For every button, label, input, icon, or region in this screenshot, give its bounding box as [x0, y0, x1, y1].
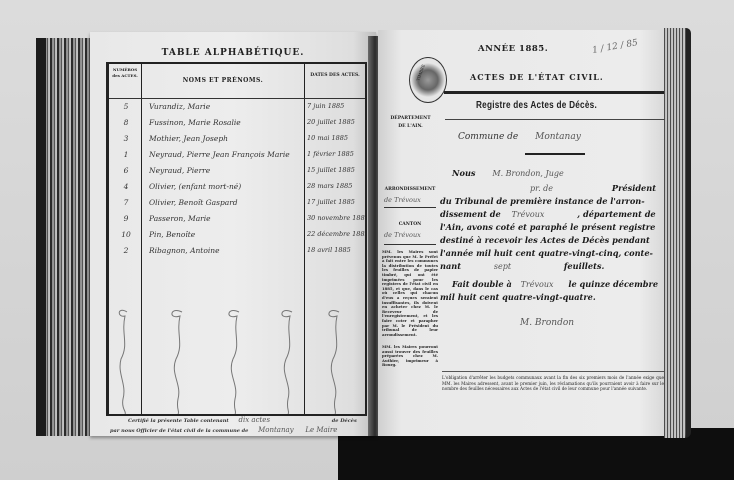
- side-note-prefect: MM. les Maires sont prévenus que M. le P…: [382, 250, 438, 337]
- arrondissement-handwritten: de Trévoux: [384, 196, 421, 204]
- header-dates: DATES DES ACTES.: [306, 73, 364, 78]
- divider: [384, 244, 436, 245]
- budget-obligation-note: L'obligation d'arrêter les budgets commu…: [442, 375, 664, 392]
- table-row: 8Fussinon, Marie Rosalie20 juillet 1885: [109, 118, 365, 134]
- canton-handwritten: de Trévoux: [384, 231, 421, 239]
- body-line: l'année mil huit cent quatre-vingt-cinq,…: [440, 248, 662, 258]
- cert-text: Certifié la présente Table contenant: [128, 418, 229, 424]
- table-row: 1Neyraud, Pierre Jean François Marie1 fé…: [109, 150, 365, 166]
- cert-commune-handwritten: Montanay: [258, 426, 294, 434]
- void-strike-mark: [115, 304, 135, 414]
- cert-count-handwritten: dix actes: [239, 416, 271, 424]
- header-names: NOMS ET PRÉNOMS.: [143, 77, 303, 84]
- divider: [442, 371, 664, 372]
- table-row: 9Passeron, Marie30 novembre 1885: [109, 214, 365, 230]
- book-page-edges-left: [36, 38, 96, 436]
- body-line: Nous M. Brondon, Juge: [452, 168, 674, 178]
- register-title: Registre des Actes de Décès.: [476, 100, 597, 111]
- civil-acts-heading: ACTES DE L'ÉTAT CIVIL.: [470, 72, 604, 82]
- body-line: mil huit cent quatre-vingt-quatre.: [440, 292, 662, 302]
- body-line: dissement de Trévoux , département de: [440, 209, 662, 219]
- table-row: 5Vurandiz, Marie7 juin 1885: [109, 102, 365, 118]
- divider: [444, 91, 664, 94]
- cert-text: par nous Officier de l'état civil de la …: [110, 428, 248, 434]
- body-line: l'Ain, avons coté et paraphé le présent …: [440, 222, 662, 232]
- table-row: 2Ribagnon, Antoine18 avril 1885: [109, 246, 365, 262]
- arrondissement-label: ARRONDISSEMENT: [382, 187, 438, 192]
- body-line: destiné à recevoir les Actes de Décès pe…: [440, 235, 662, 245]
- body-line: Fait double à Trévoux le quinze décembre: [452, 279, 674, 289]
- canton-label: CANTON: [382, 222, 438, 227]
- left-page: TABLE ALPHABÉTIQUE. NUMÉROS des ACTES. N…: [90, 32, 376, 436]
- table-header: NUMÉROS des ACTES. NOMS ET PRÉNOMS. DATE…: [109, 64, 365, 99]
- body-line: du Tribunal de première instance de l'ar…: [440, 196, 662, 206]
- department-label: DÉPARTEMENT DE L'AIN.: [383, 115, 438, 131]
- body-line: pr. de Président: [440, 183, 662, 193]
- year-heading: ANNÉE 1885.: [478, 44, 548, 54]
- judge-handwritten: M. Brondon, Juge: [492, 169, 563, 178]
- divider: [445, 119, 665, 120]
- header-numbers: NUMÉROS des ACTES.: [109, 67, 141, 79]
- void-strike-mark: [274, 304, 298, 414]
- president-signature: M. Brondon: [520, 318, 574, 328]
- table-row: 4Olivier, (enfant mort-né)28 mars 1885: [109, 182, 365, 198]
- cert-text: de Décès: [332, 418, 357, 424]
- void-strike-mark: [164, 304, 188, 414]
- book-page-edges-right: [664, 28, 691, 438]
- table-row: 7Olivier, Benoît Gaspard17 juillet 1885: [109, 198, 365, 214]
- table-row: 6Neyraud, Pierre15 juillet 1885: [109, 166, 365, 182]
- sheet-count-handwritten: sept: [494, 262, 511, 271]
- ornament-divider: [525, 153, 585, 155]
- mayor-signature: Le Maire: [305, 426, 337, 434]
- side-note-printer: MM. les Maires pourront aussi trouver de…: [382, 345, 438, 368]
- void-strike-mark: [321, 304, 345, 414]
- table-row: 3Mothier, Jean Joseph10 mai 1885: [109, 134, 365, 150]
- table-row: 10Pin, Benoîte22 décembre 1885: [109, 230, 365, 246]
- commune-line: Commune de Montanay: [458, 132, 581, 142]
- divider: [384, 207, 436, 208]
- stamp-seal-icon: [409, 57, 447, 103]
- void-strike-mark: [221, 304, 245, 414]
- alphabetical-table: NUMÉROS des ACTES. NOMS ET PRÉNOMS. DATE…: [106, 62, 367, 416]
- table-title: TABLE ALPHABÉTIQUE.: [90, 48, 376, 58]
- body-line: nant sept feuillets.: [440, 261, 662, 271]
- commune-handwritten: Montanay: [535, 132, 581, 142]
